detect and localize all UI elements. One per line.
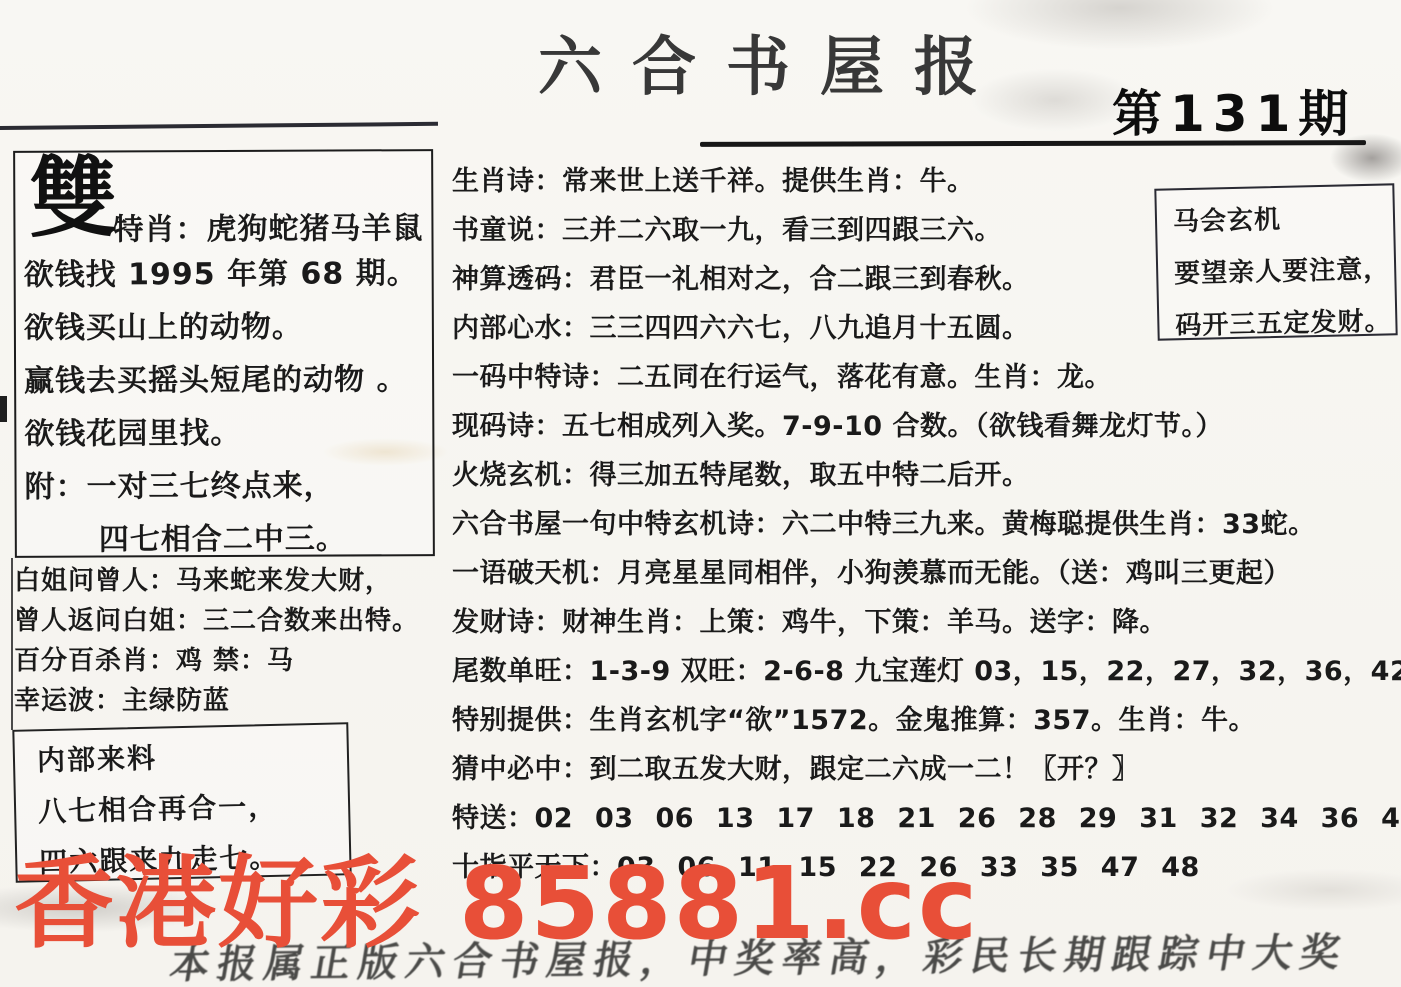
main-tip-column: 生肖诗：常来世上送千祥。提供生肖：牛。 书童说：三并二六取一九，看三到四跟三六。… <box>452 157 1401 892</box>
verse-line: 欲钱买山上的动物。 <box>24 300 434 355</box>
verse-line: 附：一对三七终点来， <box>24 459 434 514</box>
special-zodiac-verse: 欲钱找 1995 年第 68 期。 欲钱买山上的动物。 赢钱去买摇头短尾的动物 … <box>24 247 435 567</box>
info-line: 内部来料 <box>36 728 347 786</box>
tip-line: 百分百杀肖：鸡 禁：马 <box>14 641 446 681</box>
double-character: 雙 <box>29 154 117 242</box>
baijie-section: 白姐问曾人：马来蛇来发大财， 曾人返问白姐：三二合数来出特。 百分百杀肖：鸡 禁… <box>14 561 446 721</box>
tip-line: 幸运波：主绿防蓝 <box>14 681 446 721</box>
paper-title: 六合书屋报 <box>538 16 1008 108</box>
tip-line: 现码诗：五七相成列入奖。7-9-10 合数。（欲钱看舞龙灯节。） <box>452 402 1401 451</box>
tip-line: 特别提供：生肖玄机字“欲”1572。金鬼推算：357。生肖：牛。 <box>452 696 1401 745</box>
tip-line: 发财诗：财神生肖：上策：鸡牛，下策：羊马。送字：降。 <box>452 598 1401 647</box>
tip-line: 一语破天机：月亮星星同相伴，小狗羡慕而无能。（送：鸡叫三更起） <box>452 549 1401 598</box>
left-column-rule <box>11 558 13 730</box>
tip-line: 白姐问曾人：马来蛇来发大财， <box>14 561 446 601</box>
tip-line: 曾人返问白姐：三二合数来出特。 <box>14 601 446 641</box>
tip-line: 神算透码：君臣一礼相对之，合二跟三到春秋。 <box>452 255 1401 304</box>
tip-line: 一码中特诗：二五同在行运气，落花有意。生肖：龙。 <box>452 353 1401 402</box>
special-zodiac-box: 雙 特肖：虎狗蛇猪马羊鼠 欲钱找 1995 年第 68 期。 欲钱买山上的动物。… <box>13 149 435 558</box>
site-watermark: 香港好彩 85881.cc <box>14 854 979 954</box>
tip-line: 书童说：三并二六取一九，看三到四跟三六。 <box>452 206 1401 255</box>
tip-line: 尾数单旺：1-3-9 双旺：2-6-8 九宝莲灯 03，15，22，27，32，… <box>452 647 1401 696</box>
tip-line: 生肖诗：常来世上送千祥。提供生肖：牛。 <box>452 157 1401 206</box>
scan-mark <box>0 396 7 422</box>
info-line: 八七相合再合一， <box>38 779 349 837</box>
tip-line: 内部心水：三三四四六六七，八九追月十五圆。 <box>452 304 1401 353</box>
scanned-lottery-sheet: 六合书屋报 第131期 雙 特肖：虎狗蛇猪马羊鼠 欲钱找 1995 年第 68 … <box>0 0 1401 987</box>
verse-line: 四七相合二中三。 <box>25 512 435 567</box>
special-zodiac-line: 特肖：虎狗蛇猪马羊鼠 <box>113 203 423 248</box>
top-left-rule <box>0 122 438 130</box>
issue-number: 第131期 <box>1112 74 1356 146</box>
tip-line: 火烧玄机：得三加五特尾数，取五中特二后开。 <box>452 451 1401 500</box>
verse-line: 欲钱找 1995 年第 68 期。 <box>24 247 434 302</box>
verse-line: 赢钱去买摇头短尾的动物 。 <box>24 353 434 408</box>
tip-line: 猜中必中：到二取五发大财，跟定二六成一二！〖开？〗 <box>452 745 1401 794</box>
special-numbers-line: 特送：02 03 06 13 17 18 21 26 28 29 31 32 3… <box>452 794 1401 843</box>
verse-line: 欲钱花园里找。 <box>24 406 434 461</box>
tip-line: 六合书屋一句中特玄机诗：六二中特三九来。黄梅聪提供生肖：33蛇。 <box>452 500 1401 549</box>
